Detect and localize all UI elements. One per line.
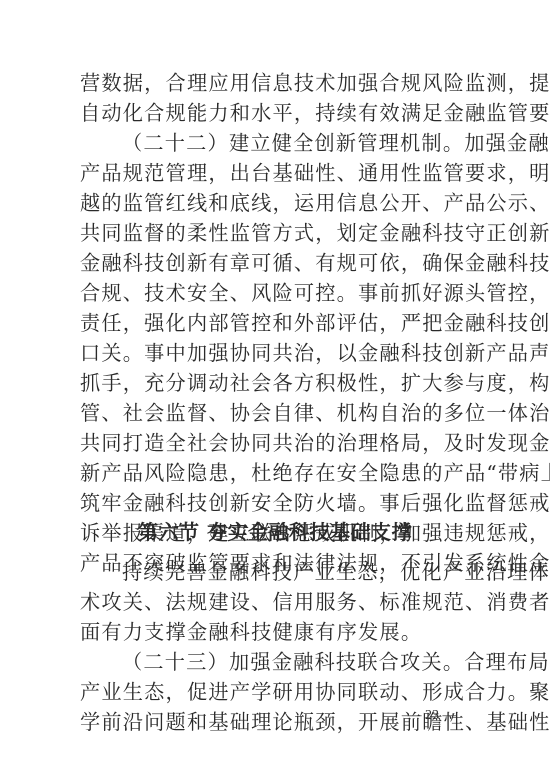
text-line: 术攻关、法规建设、信用服务、标准规范、消费者保护等方 bbox=[80, 587, 470, 617]
text-line: 共同打造全社会协同共治的治理格局，及时发现金融科技创 bbox=[80, 428, 470, 458]
text-line: 抓手，充分调动社会各方积极性，扩大参与度，构建行业监 bbox=[80, 368, 470, 398]
text-line: 共同监督的柔性监管方式，划定金融科技守正创新边界，使 bbox=[80, 218, 470, 248]
text-line: 持续完善金融科技产业生态，优化产业治理体系，从技 bbox=[122, 557, 470, 587]
text-line: 筑牢金融科技创新安全防火墙。事后强化监督惩戒，畅通投 bbox=[80, 488, 470, 518]
page-number: — 23 — bbox=[392, 708, 472, 724]
document-page: 营数据，合理应用信息技术加强合规风险监测，提升智能化、 自动化合规能力和水平，持… bbox=[0, 0, 550, 778]
text-line: 营数据，合理应用信息技术加强合规风险监测，提升智能化、 bbox=[80, 68, 470, 98]
text-line: 新产品风险隐患，杜绝存在安全隐患的产品“带病上线”， bbox=[80, 458, 470, 488]
text-line: 口关。事中加强协同共治，以金融科技创新产品声明管理为 bbox=[80, 338, 470, 368]
text-line: 产品规范管理，出台基础性、通用性监管要求，明确不可逾 bbox=[80, 158, 470, 188]
text-line: 合规、技术安全、风险可控。事前抓好源头管控，落实主体 bbox=[80, 278, 470, 308]
text-line: 金融科技创新有章可循、有规可依，确保金融科技产品业务 bbox=[80, 248, 470, 278]
text-line: 越的监管红线和底线，运用信息公开、产品公示、公众参与、 bbox=[80, 188, 470, 218]
section-heading: 第六节 夯实金融科技基础支撑 bbox=[0, 517, 550, 547]
text-line: 面有力支撑金融科技健康有序发展。 bbox=[80, 617, 470, 647]
text-line: 管、社会监督、协会自律、机构自治的多位一体治理体系， bbox=[80, 398, 470, 428]
paragraph-23-heading-line: （二十三）加强金融科技联合攻关。合理布局金融科技 bbox=[122, 647, 470, 677]
paragraph-22-heading-line: （二十二）建立健全创新管理机制。加强金融科技创新 bbox=[122, 128, 470, 158]
text-line: 产业生态，促进产学研用协同联动、形成合力。聚焦重大科 bbox=[80, 677, 470, 707]
text-line: 自动化合规能力和水平，持续有效满足金融监管要求。 bbox=[80, 98, 470, 128]
text-line: 责任，强化内部管控和外部评估，严把金融科技创新产品入 bbox=[80, 308, 470, 338]
